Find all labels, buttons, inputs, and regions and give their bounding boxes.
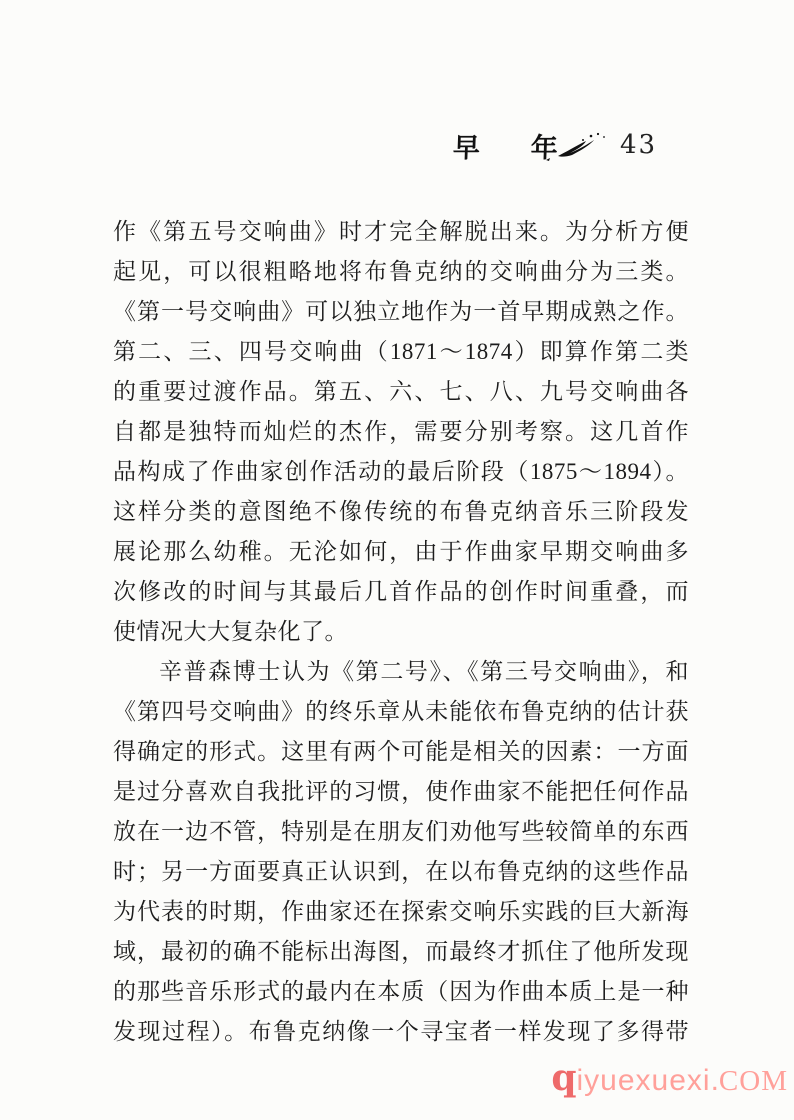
page-number: 43	[620, 130, 657, 160]
text-line: 这样分类的意图绝不像传统的布鲁克纳音乐三阶段发	[113, 492, 689, 532]
text-line: 品构成了作曲家创作活动的最后阶段（1875～1894）。	[113, 452, 689, 492]
watermark-initial: q	[551, 1057, 576, 1099]
text-line: 域，最初的确不能标出海图，而最终才抓住了他所发现	[113, 932, 689, 972]
text-line: 起见，可以很粗略地将布鲁克纳的交响曲分为三类。	[113, 252, 689, 292]
text-line: 第二、三、四号交响曲（1871～1874）即算作第二类	[113, 332, 689, 372]
text-line: 展论那么幼稚。无沦如何，由于作曲家早期交响曲多	[113, 532, 689, 572]
scanned-book-page: 早 年 43 作《第五号交响曲》时才完全解脱出来。为分析方便 起见，可以很粗略地…	[0, 0, 794, 1120]
text-line-paragraph-start: 辛普森博士认为《第二号》、《第三号交响曲》，和	[113, 652, 689, 692]
body-text-block: 作《第五号交响曲》时才完全解脱出来。为分析方便 起见，可以很粗略地将布鲁克纳的交…	[113, 212, 689, 1052]
text-line: 《第一号交响曲》可以独立地作为一首早期成熟之作。	[113, 292, 689, 332]
text-line: 时；另一方面要真正认识到，在以布鲁克纳的这些作品	[113, 852, 689, 892]
watermark-dot: .	[711, 1064, 719, 1097]
watermark-domain: iyuexuexi	[577, 1064, 711, 1097]
text-line: 次修改的时间与其最后几首作品的创作时间重叠，而	[113, 572, 689, 612]
text-line: 自都是独特而灿烂的杰作，需要分别考察。这几首作	[113, 412, 689, 452]
text-line: 的重要过渡作品。第五、六、七、八、九号交响曲各	[113, 372, 689, 412]
text-line: 是过分喜欢自我批评的习惯，使作曲家不能把任何作品	[113, 772, 689, 812]
text-line: 使情况大大复杂化了。	[113, 612, 689, 652]
text-line: 作《第五号交响曲》时才完全解脱出来。为分析方便	[113, 212, 689, 252]
text-line: 放在一边不管，特别是在朋友们劝他写些较简单的东西	[113, 812, 689, 852]
brush-flourish-icon	[536, 128, 614, 166]
text-line: 的那些音乐形式的最内在本质（因为作曲本质上是一种	[113, 972, 689, 1012]
text-line: 发现过程）。布鲁克纳像一个寻宝者一样发现了多得带	[113, 1012, 689, 1052]
running-head: 早 年 43	[0, 124, 794, 164]
watermark-tld: COM	[719, 1065, 788, 1097]
site-watermark: qiyuexuexi.COM	[551, 1060, 788, 1104]
text-line: 《第四号交响曲》的终乐章从未能依布鲁克纳的估计获	[113, 692, 689, 732]
text-line: 得确定的形式。这里有两个可能是相关的因素：一方面	[113, 732, 689, 772]
text-line: 为代表的时期，作曲家还在探索交响乐实践的巨大新海	[113, 892, 689, 932]
